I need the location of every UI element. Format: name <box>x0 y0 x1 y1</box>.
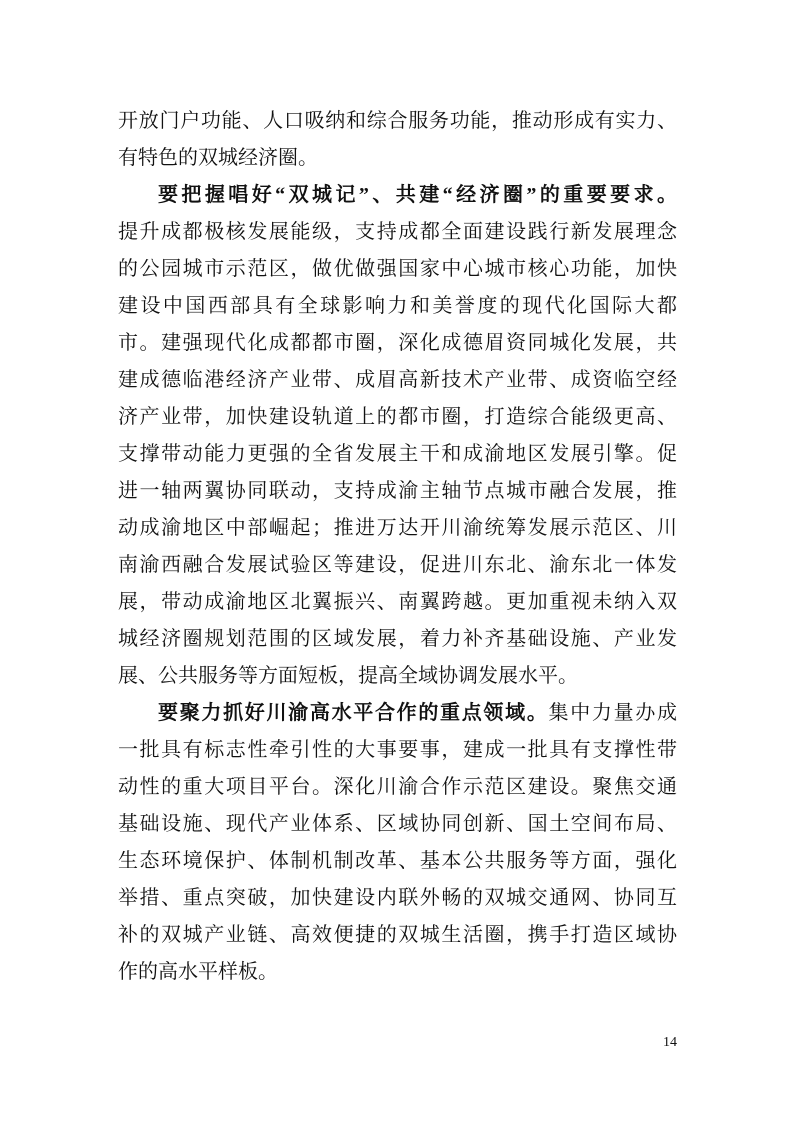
text-line: 一批具有标志性牵引性的大事要事，建成一批具有支撑性带 <box>118 732 677 769</box>
text-segment: 展、公共服务等方面短板，提高全域协调发展水平。 <box>118 665 578 687</box>
text-segment: 建设中国西部具有全球影响力和美誉度的现代化国际大都 <box>118 295 677 317</box>
text-segment: 开放门户功能、人口吸纳和综合服务功能，推动形成有实力、 <box>118 110 677 132</box>
text-line: 提升成都极核发展能级，支持成都全面建设践行新发展理念 <box>118 214 677 251</box>
text-segment: 城经济圈规划范围的区域发展，着力补齐基础设施、产业发 <box>118 628 677 650</box>
text-line: 开放门户功能、人口吸纳和综合服务功能，推动形成有实力、 <box>118 103 677 140</box>
text-line: 进一轴两翼协同联动，支持成渝主轴节点城市融合发展，推 <box>118 473 677 510</box>
text-segment: 市。建强现代化成都都市圈，深化成德眉资同城化发展，共 <box>118 332 677 354</box>
text-segment: 济产业带，加快建设轨道上的都市圈，打造综合能级更高、 <box>118 406 677 428</box>
bold-text-segment: 要聚力抓好川渝高水平合作的重点领域。 <box>158 702 549 724</box>
text-segment: 一批具有标志性牵引性的大事要事，建成一批具有支撑性带 <box>118 739 677 761</box>
text-line: 要把握唱好“双城记”、共建“经济圈”的重要要求。 <box>118 177 677 214</box>
text-line: 要聚力抓好川渝高水平合作的重点领域。集中力量办成 <box>118 695 677 732</box>
text-segment: 建成德临港经济产业带、成眉高新技术产业带、成资临空经 <box>118 369 677 391</box>
text-line: 城经济圈规划范围的区域发展，着力补齐基础设施、产业发 <box>118 621 677 658</box>
text-line: 展、公共服务等方面短板，提高全域协调发展水平。 <box>118 658 677 695</box>
text-segment: 基础设施、现代产业体系、区域协同创新、国土空间布局、 <box>118 813 677 835</box>
document-body: 开放门户功能、人口吸纳和综合服务功能，推动形成有实力、有特色的双城经济圈。要把握… <box>118 103 677 991</box>
text-line: 展，带动成渝地区北翼振兴、南翼跨越。更加重视未纳入双 <box>118 584 677 621</box>
text-line: 补的双城产业链、高效便捷的双城生活圈，携手打造区域协 <box>118 917 677 954</box>
text-segment: 作的高水平样板。 <box>118 961 278 983</box>
paragraph: 要聚力抓好川渝高水平合作的重点领域。集中力量办成一批具有标志性牵引性的大事要事，… <box>118 695 677 991</box>
text-line: 支撑带动能力更强的全省发展主干和成渝地区发展引擎。促 <box>118 436 677 473</box>
text-line: 的公园城市示范区，做优做强国家中心城市核心功能，加快 <box>118 251 677 288</box>
bold-text-segment: 要把握唱好“双城记”、共建“经济圈”的重要要求。 <box>158 184 677 206</box>
text-segment: 的公园城市示范区，做优做强国家中心城市核心功能，加快 <box>118 258 677 280</box>
page-number: 14 <box>663 1035 677 1051</box>
text-line: 基础设施、现代产业体系、区域协同创新、国土空间布局、 <box>118 806 677 843</box>
text-line: 建设中国西部具有全球影响力和美誉度的现代化国际大都 <box>118 288 677 325</box>
text-segment: 提升成都极核发展能级，支持成都全面建设践行新发展理念 <box>118 221 677 243</box>
text-line: 动性的重大项目平台。深化川渝合作示范区建设。聚焦交通 <box>118 769 677 806</box>
text-segment: 有特色的双城经济圈。 <box>118 147 318 169</box>
text-segment: 南渝西融合发展试验区等建设，促进川东北、渝东北一体发 <box>118 554 677 576</box>
document-page: 开放门户功能、人口吸纳和综合服务功能，推动形成有实力、有特色的双城经济圈。要把握… <box>0 0 793 1122</box>
text-segment: 补的双城产业链、高效便捷的双城生活圈，携手打造区域协 <box>118 924 677 946</box>
text-segment: 支撑带动能力更强的全省发展主干和成渝地区发展引擎。促 <box>118 443 677 465</box>
text-segment: 集中力量办成 <box>549 702 677 724</box>
text-line: 举措、重点突破，加快建设内联外畅的双城交通网、协同互 <box>118 880 677 917</box>
text-line: 市。建强现代化成都都市圈，深化成德眉资同城化发展，共 <box>118 325 677 362</box>
text-segment: 动性的重大项目平台。深化川渝合作示范区建设。聚焦交通 <box>118 776 677 798</box>
text-line: 有特色的双城经济圈。 <box>118 140 677 177</box>
paragraph: 要把握唱好“双城记”、共建“经济圈”的重要要求。提升成都极核发展能级，支持成都全… <box>118 177 677 695</box>
text-line: 生态环境保护、体制机制改革、基本公共服务等方面，强化 <box>118 843 677 880</box>
text-line: 建成德临港经济产业带、成眉高新技术产业带、成资临空经 <box>118 362 677 399</box>
paragraph: 开放门户功能、人口吸纳和综合服务功能，推动形成有实力、有特色的双城经济圈。 <box>118 103 677 177</box>
text-line: 动成渝地区中部崛起；推进万达开川渝统筹发展示范区、川 <box>118 510 677 547</box>
text-segment: 动成渝地区中部崛起；推进万达开川渝统筹发展示范区、川 <box>118 517 677 539</box>
text-line: 济产业带，加快建设轨道上的都市圈，打造综合能级更高、 <box>118 399 677 436</box>
text-segment: 进一轴两翼协同联动，支持成渝主轴节点城市融合发展，推 <box>118 480 677 502</box>
text-line: 南渝西融合发展试验区等建设，促进川东北、渝东北一体发 <box>118 547 677 584</box>
text-segment: 举措、重点突破，加快建设内联外畅的双城交通网、协同互 <box>118 887 677 909</box>
text-segment: 生态环境保护、体制机制改革、基本公共服务等方面，强化 <box>118 850 677 872</box>
text-line: 作的高水平样板。 <box>118 954 677 991</box>
text-segment: 展，带动成渝地区北翼振兴、南翼跨越。更加重视未纳入双 <box>118 591 677 613</box>
